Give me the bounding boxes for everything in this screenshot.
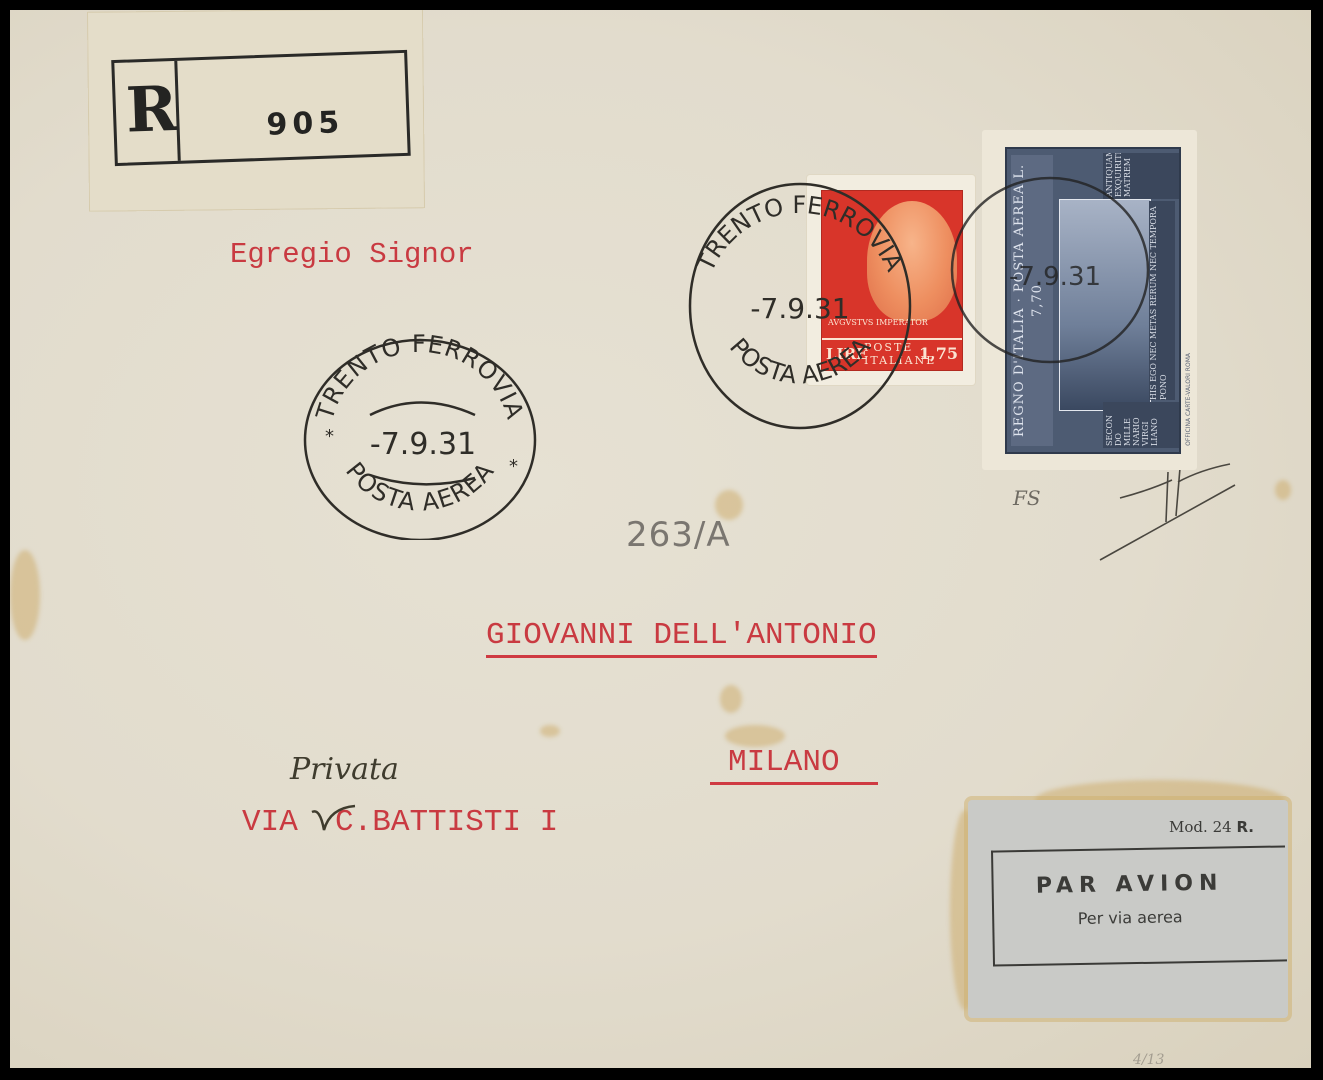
stain (540, 725, 560, 737)
form-number: Mod. 24 R. (1169, 818, 1254, 836)
svg-text:*: * (325, 426, 334, 447)
svg-text:-7.9.31: -7.9.31 (370, 427, 476, 462)
stamp-printer: OFFICINA CARTE-VALORI ROMA (1185, 353, 1192, 446)
stain (10, 550, 40, 640)
airmail-box: PAR AVION Per via aerea (991, 845, 1287, 966)
pencil-reference: 263/A (626, 515, 731, 555)
recipient-name: GIOVANNI DELL'ANTONIO (486, 618, 877, 658)
airmail-subtitle: Per via aerea (994, 906, 1266, 930)
envelope: R 905 Egregio Signor GIOVANNI DELL'ANTON… (10, 10, 1311, 1068)
street-name: C.BATTISTI I (335, 805, 558, 840)
sender-street: VIA C.BATTISTI I (242, 805, 558, 840)
registration-letter: R (125, 69, 179, 151)
airmail-label: Mod. 24 R. PAR AVION Per via aerea (968, 800, 1288, 1018)
postmark-blue-stamp: -7.9.31 (945, 170, 1155, 370)
recipient-city: MILANO (710, 745, 878, 785)
pencil-initials: FS (1013, 486, 1041, 510)
insertion-caret-icon (310, 800, 360, 845)
svg-text:POSTA AEREA: POSTA AEREA (724, 332, 876, 389)
svg-text:TRENTO FERROVIA: TRENTO FERROVIA (691, 191, 908, 277)
postmark-left: TRENTO FERROVIA POSTA AEREA -7.9.31 * * (295, 330, 545, 540)
registration-number: 905 (266, 105, 345, 143)
svg-text:-7.9.31: -7.9.31 (750, 292, 849, 325)
airmail-title: PAR AVION (993, 870, 1265, 900)
svg-text:POSTA AEREA: POSTA AEREA (340, 457, 500, 517)
svg-text:-7.9.31: -7.9.31 (1009, 262, 1101, 292)
svg-text:*: * (509, 456, 518, 477)
stain (1275, 480, 1291, 500)
salutation: Egregio Signor (230, 238, 474, 271)
pencil-bottom-note: 4/13 (1133, 1052, 1164, 1068)
stamp-bottom-panel: SECON DO MILLE NARIO VIRGI LIANO (1103, 402, 1179, 448)
svg-text:TRENTO FERROVIA: TRENTO FERROVIA (310, 330, 529, 424)
handwritten-note: Privata (290, 752, 399, 787)
stain (725, 725, 785, 747)
registration-label: R 905 (87, 10, 425, 212)
postmark-red-stamp: TRENTO FERROVIA POSTA AEREA -7.9.31 (675, 178, 925, 438)
stain (720, 685, 742, 713)
street-prefix: VIA (242, 805, 298, 840)
registration-box: R 905 (111, 50, 411, 166)
